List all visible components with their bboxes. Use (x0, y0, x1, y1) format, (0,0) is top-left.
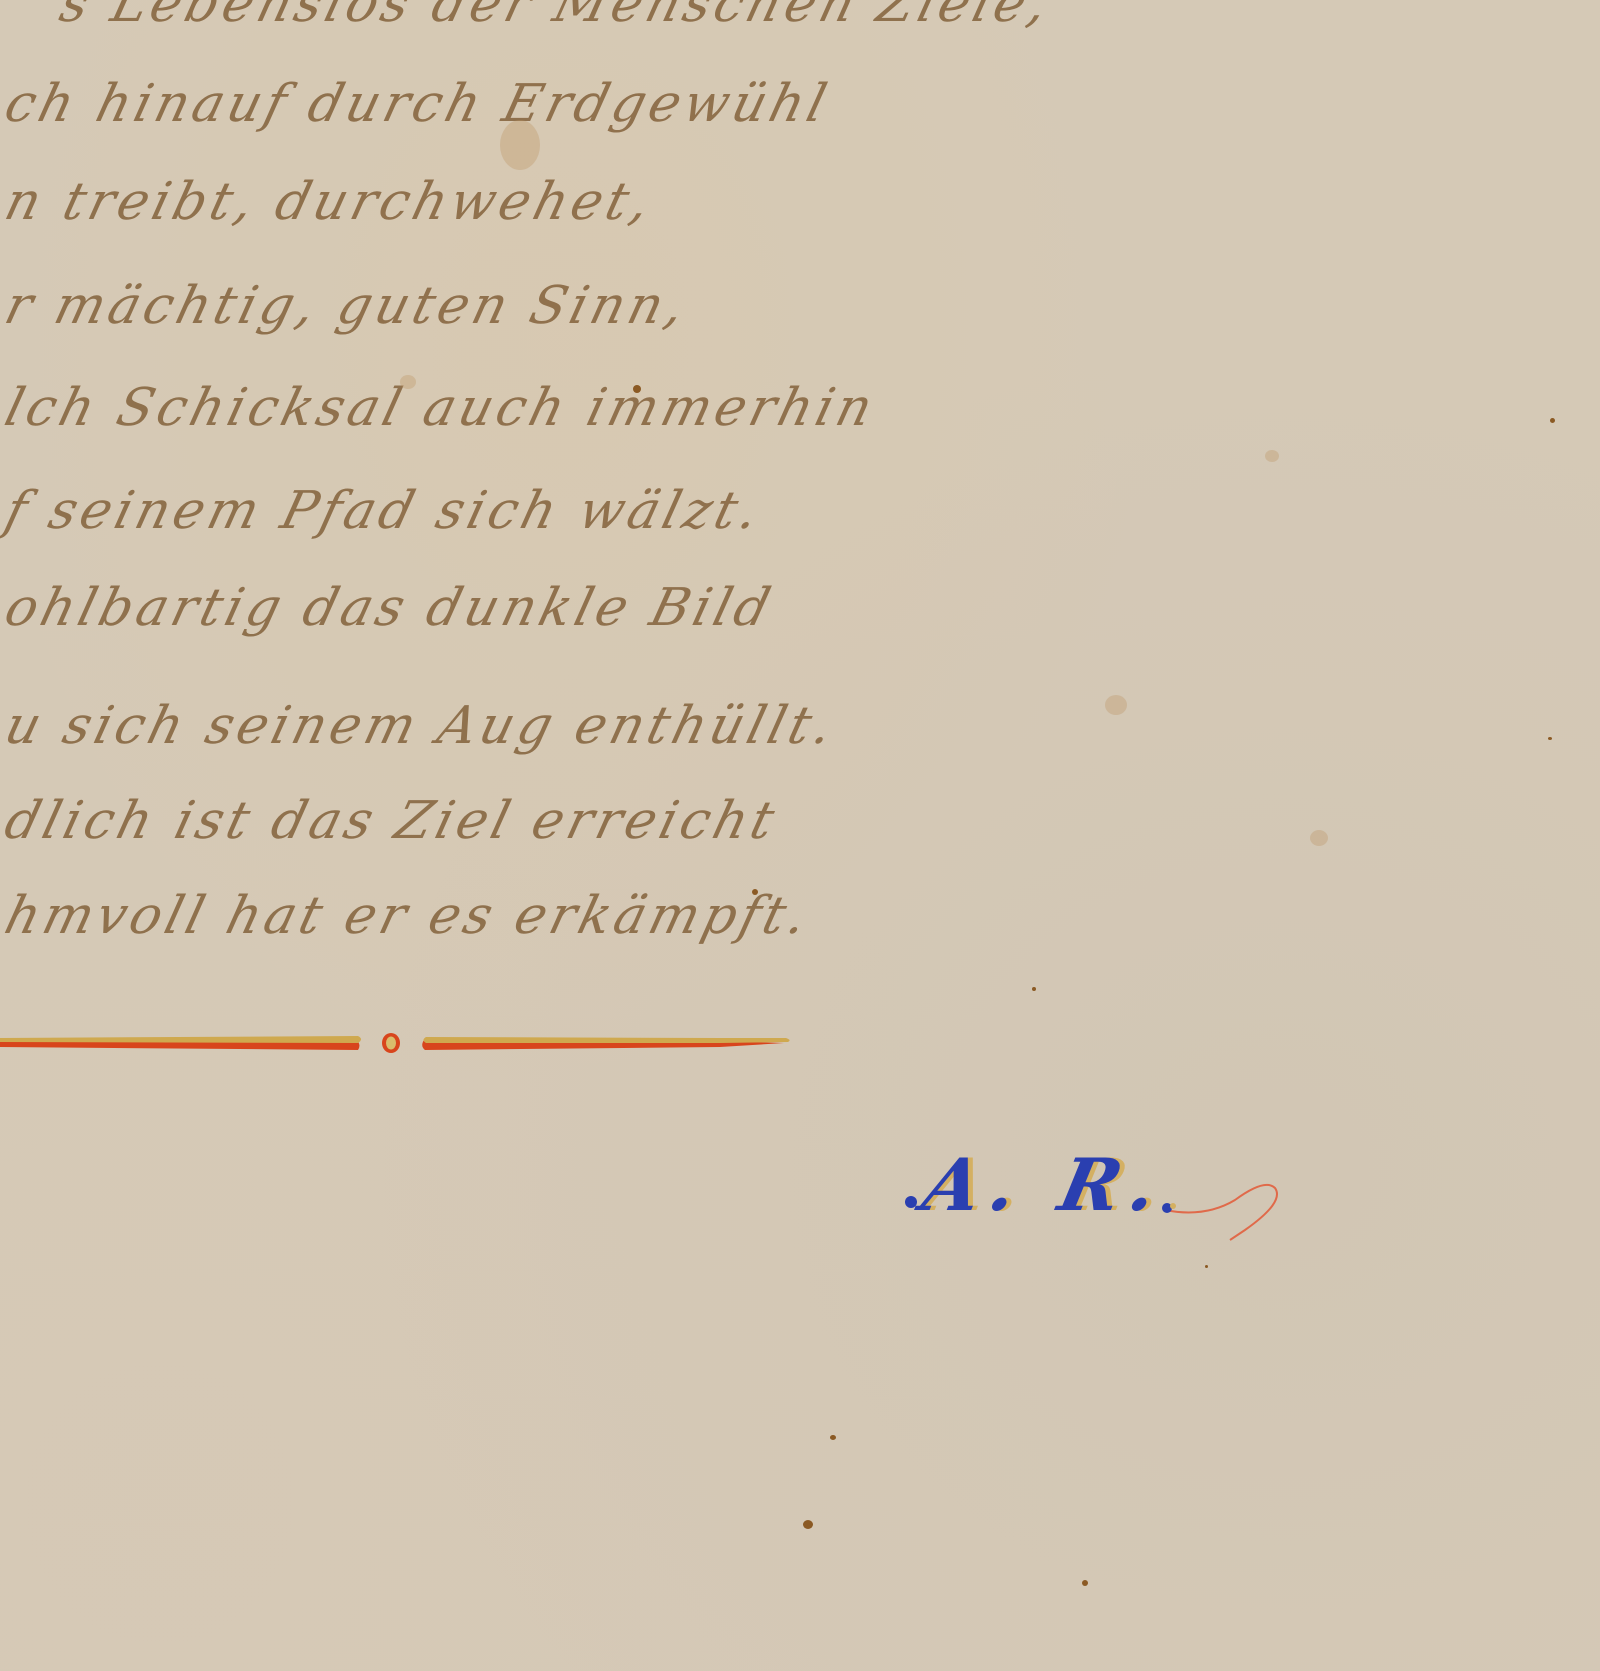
foxing-spot (1032, 987, 1036, 991)
divider-right-bar (422, 1037, 789, 1050)
text-line-4: r mächtig, guten Sinn, (0, 280, 693, 332)
text-line-3: n treibt, durchwehet, (0, 176, 659, 228)
faint-stain (1310, 830, 1328, 846)
text-line-7: ohlbartig das dunkle Bild (0, 582, 779, 634)
foxing-spot (1550, 418, 1555, 423)
foxing-spot (1205, 1265, 1208, 1268)
foxing-spot (830, 1435, 836, 1440)
text-line-9: dlich ist das Ziel erreicht (0, 795, 783, 847)
text-line-2: ch hinauf durch Erdgewühl (0, 78, 835, 130)
monogram-letters: A. R. (916, 1142, 1175, 1227)
divider-center-ring-icon (382, 1033, 400, 1053)
manuscript-page: s Lebenslos der Menschen Ziele, ch hinau… (0, 0, 1600, 1671)
faint-stain (1105, 695, 1127, 715)
text-line-1: s Lebenslos der Menschen Ziele, (55, 0, 1056, 30)
foxing-spot (1082, 1580, 1088, 1586)
text-line-8: u sich seinem Aug enthüllt. (0, 700, 841, 752)
text-line-5: lch Schicksal auch immerhin (0, 382, 881, 434)
divider-left-bar (0, 1036, 361, 1050)
faint-stain (500, 120, 540, 170)
text-line-10: hmvoll hat er es erkämpft. (0, 890, 816, 942)
foxing-spot (633, 385, 641, 393)
foxing-spot (1548, 737, 1552, 740)
monogram-signature: A. R. (905, 1140, 1285, 1260)
ornamental-divider (0, 1030, 800, 1054)
faint-stain (1265, 450, 1279, 462)
text-line-6: f seinem Pfad sich wälzt. (0, 485, 767, 537)
faint-stain (400, 375, 416, 389)
foxing-spot (803, 1520, 813, 1529)
foxing-spot (752, 889, 758, 895)
